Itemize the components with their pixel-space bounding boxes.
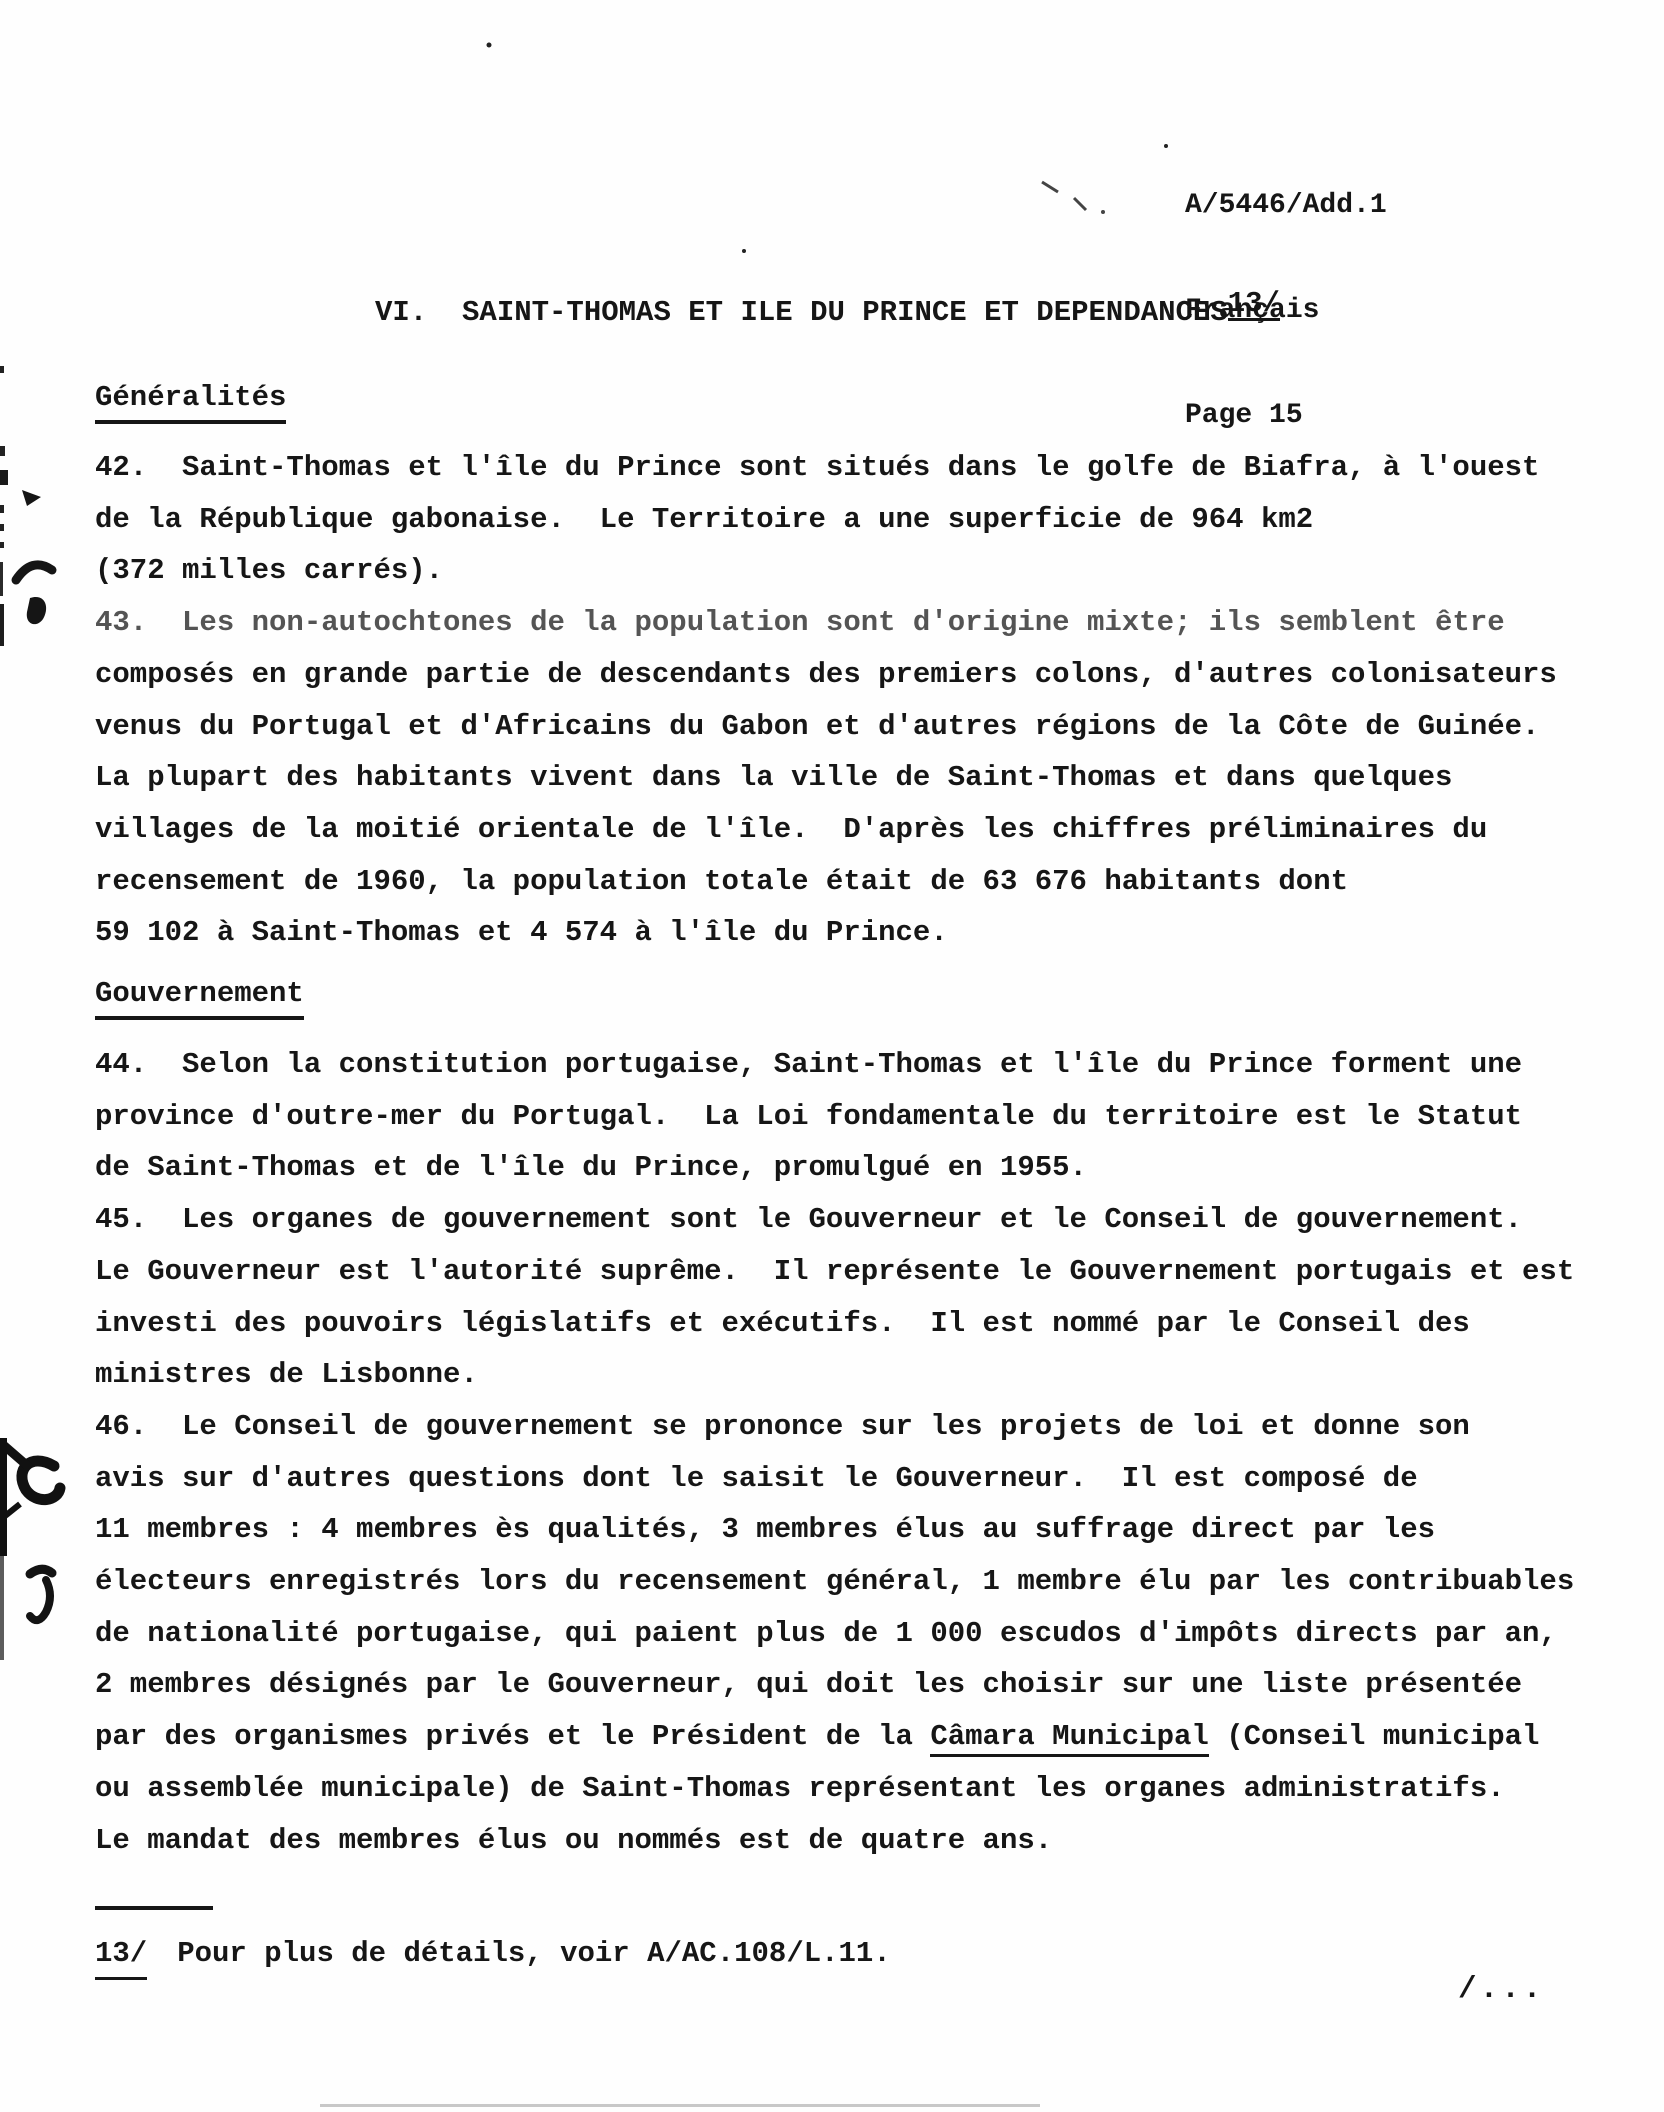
text-line: de nationalité portugaise, qui paient pl… — [95, 1608, 1574, 1660]
edge-streak — [0, 446, 5, 456]
document-page: A/5446/Add.1 Français Page 15 VI. SAINT-… — [0, 0, 1664, 2112]
text-line: de la République gabonaise. Le Territoir… — [95, 494, 1574, 546]
text-line: (372 milles carrés). — [95, 545, 1574, 597]
ink-mark — [0, 1442, 30, 1468]
document-body: Généralités 42. Saint-Thomas et l'île du… — [95, 378, 1574, 1980]
text-line: 46. Le Conseil de gouvernement se pronon… — [95, 1401, 1574, 1453]
text-segment: (Conseil municipal — [1209, 1720, 1540, 1753]
paragraph-45: 45. Les organes de gouvernement sont le … — [95, 1194, 1574, 1401]
text-line: Le Gouverneur est l'autorité suprême. Il… — [95, 1246, 1574, 1298]
edge-streak — [0, 524, 4, 531]
text-line: composés en grande partie de descendants… — [95, 649, 1574, 701]
text-line: 2 membres désignés par le Gouverneur, qu… — [95, 1659, 1574, 1711]
speck — [1101, 210, 1105, 214]
text-line: ministres de Lisbonne. — [95, 1349, 1574, 1401]
text-line: avis sur d'autres questions dont le sais… — [95, 1453, 1574, 1505]
ink-mark — [22, 490, 41, 506]
text-line: province d'outre-mer du Portugal. La Loi… — [95, 1091, 1574, 1143]
text-line: villages de la moitié orientale de l'île… — [95, 804, 1574, 856]
footnote-text: Pour plus de détails, voir A/AC.108/L.11… — [177, 1937, 891, 1970]
speck — [1164, 144, 1168, 148]
ink-mark — [30, 1569, 52, 1574]
text-line: 42. Saint-Thomas et l'île du Prince sont… — [95, 442, 1574, 494]
doc-number: A/5446/Add.1 — [1185, 188, 1387, 223]
ink-mark — [0, 1504, 20, 1520]
section-title: VI. SAINT-THOMAS ET ILE DU PRINCE ET DEP… — [375, 296, 1280, 330]
heading-generalites-text: Généralités — [95, 378, 286, 424]
camara-municipal-underlined: Câmara Municipal — [930, 1720, 1208, 1757]
text-line: de Saint-Thomas et de l'île du Prince, p… — [95, 1142, 1574, 1194]
heading-gouvernement-text: Gouvernement — [95, 974, 304, 1020]
text-line: ou assemblée municipale) de Saint-Thomas… — [95, 1763, 1574, 1815]
text-line: 44. Selon la constitution portugaise, Sa… — [95, 1039, 1574, 1091]
text-line: électeurs enregistrés lors du recensemen… — [95, 1556, 1574, 1608]
speck — [487, 43, 492, 48]
edge-streak — [0, 604, 4, 646]
footnote-separator — [95, 1906, 213, 1910]
edge-streak — [0, 562, 3, 596]
speck — [742, 249, 746, 253]
text-line: recensement de 1960, la population total… — [95, 856, 1574, 908]
paragraph-44: 44. Selon la constitution portugaise, Sa… — [95, 1039, 1574, 1194]
heading-generalites: Généralités — [95, 378, 1574, 424]
text-line: La plupart des habitants vivent dans la … — [95, 752, 1574, 804]
text-line: 45. Les organes de gouvernement sont le … — [95, 1194, 1574, 1246]
pen-tick — [1042, 182, 1058, 192]
edge-streak — [0, 1438, 7, 1556]
ink-mark — [30, 1580, 50, 1620]
text-segment: par des organismes privés et le Présiden… — [95, 1720, 930, 1753]
footnote: 13/Pour plus de détails, voir A/AC.108/L… — [95, 1932, 1574, 1980]
bottom-scan-line — [320, 2104, 1040, 2107]
paragraph-42: 42. Saint-Thomas et l'île du Prince sont… — [95, 442, 1574, 597]
paragraph-46: 46. Le Conseil de gouvernement se pronon… — [95, 1401, 1574, 1866]
text-line: 11 membres : 4 membres ès qualités, 3 me… — [95, 1504, 1574, 1556]
ink-mark — [27, 597, 46, 624]
edge-streak — [0, 366, 4, 373]
text-line: 59 102 à Saint-Thomas et 4 574 à l'île d… — [95, 907, 1574, 959]
text-line: venus du Portugal et d'Africains du Gabo… — [95, 701, 1574, 753]
text-line: Le mandat des membres élus ou nommés est… — [95, 1815, 1574, 1867]
footnote-ref: 13/ — [95, 1932, 147, 1980]
ink-mark — [22, 1461, 60, 1500]
edge-streak — [0, 505, 4, 513]
continuation-mark: /... — [1458, 1972, 1544, 2007]
text-line: 43. Les non-autochtones de la population… — [95, 597, 1574, 649]
text-line: par des organismes privés et le Présiden… — [95, 1711, 1574, 1763]
title-footnote-ref: 13/ — [1228, 289, 1280, 321]
edge-streak — [0, 542, 4, 548]
text-line: investi des pouvoirs législatifs et exéc… — [95, 1298, 1574, 1350]
section-title-text: VI. SAINT-THOMAS ET ILE DU PRINCE ET DEP… — [375, 296, 1228, 329]
edge-streak — [0, 470, 8, 485]
heading-gouvernement: Gouvernement — [95, 974, 1574, 1020]
paragraph-43: 43. Les non-autochtones de la population… — [95, 597, 1574, 959]
ink-mark — [16, 565, 52, 580]
pen-tick — [1074, 198, 1086, 210]
edge-streak — [0, 1556, 4, 1660]
